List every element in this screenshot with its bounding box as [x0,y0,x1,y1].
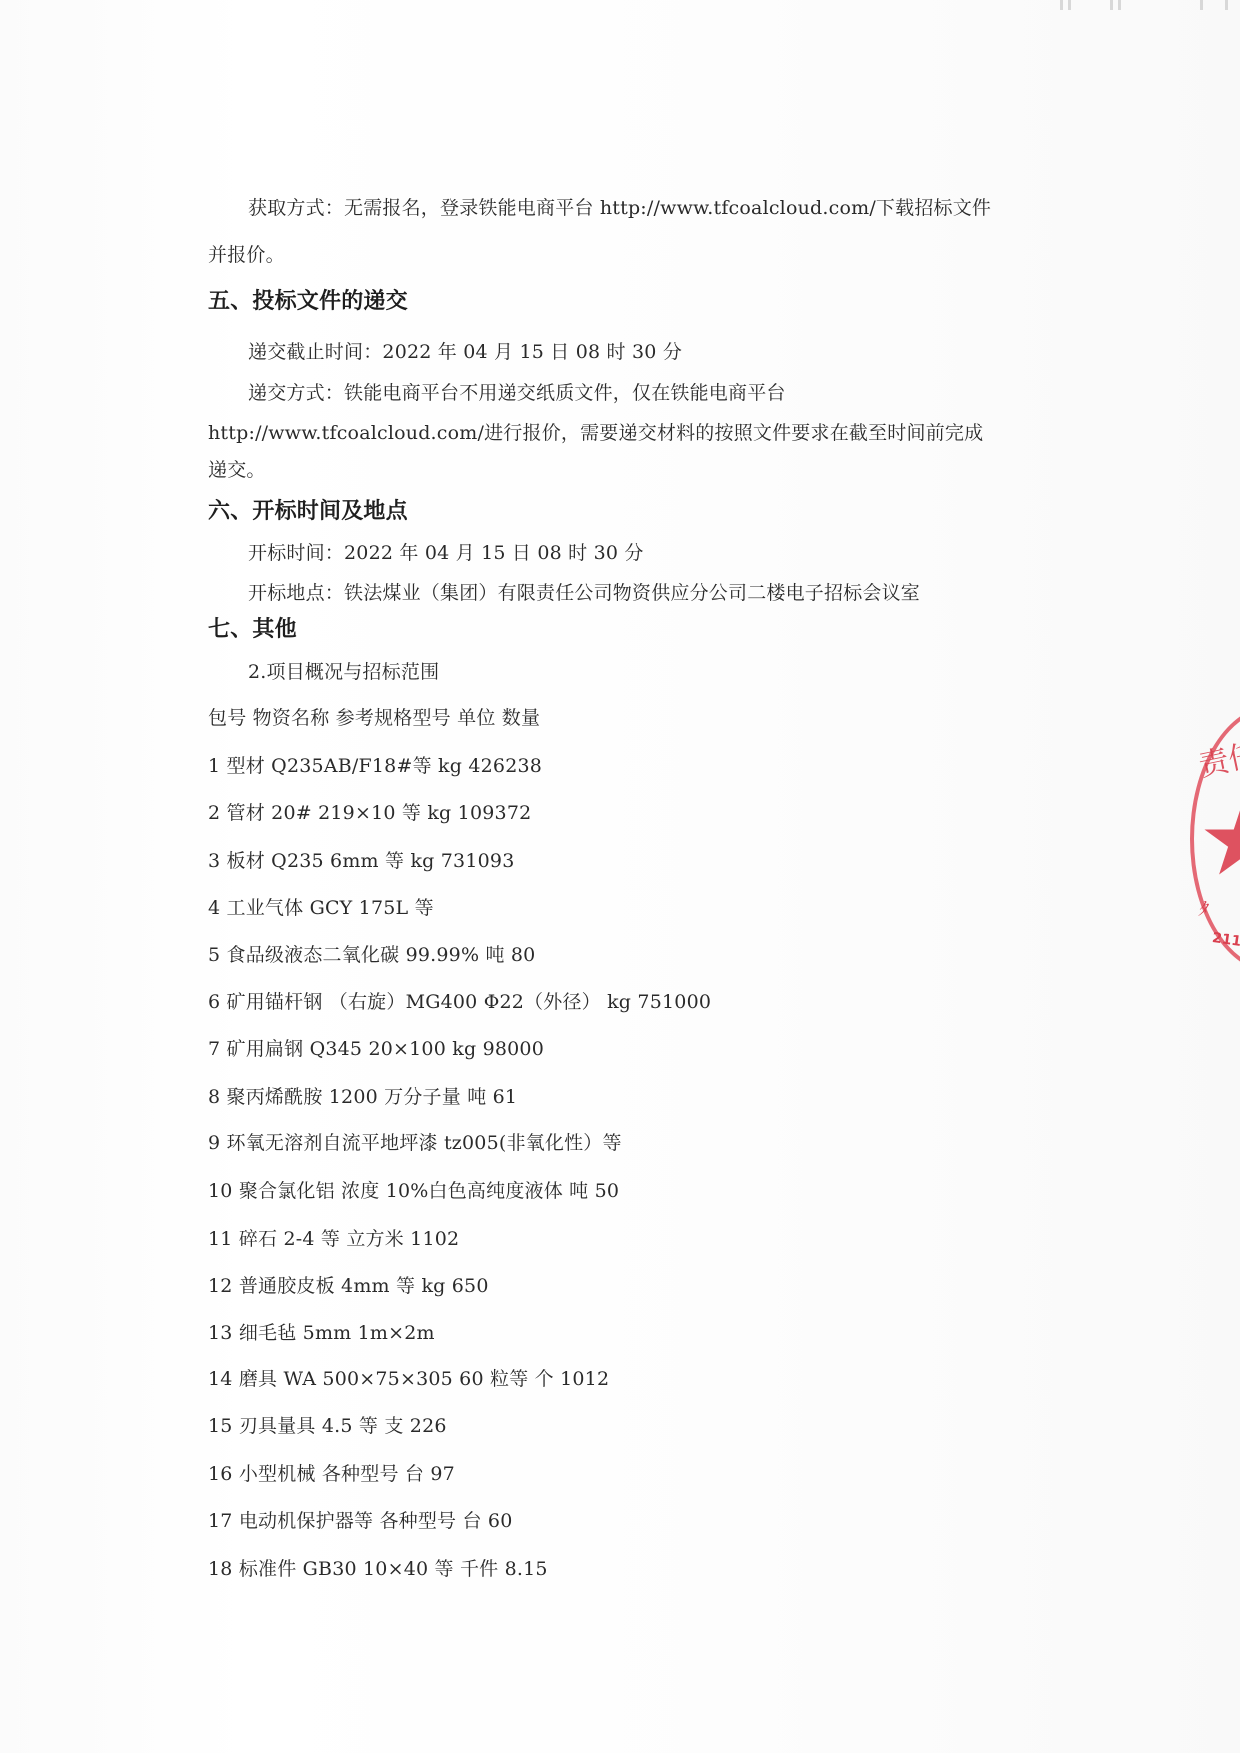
list-item: 9 环氧无溶剂自流平地坪漆 tz005(非氧化性）等 [208,1131,622,1155]
list-item: 2 管材 20# 219×10 等 kg 109372 [208,801,531,825]
stamp-text: 责任 [1194,729,1240,785]
submission-method-line-3: 递交。 [208,458,266,482]
section-5-heading: 五、投标文件的递交 [208,290,408,314]
submission-deadline: 递交截止时间：2022 年 04 月 15 日 08 时 30 分 [248,340,682,364]
acquisition-method-line-2: 并报价。 [208,243,285,267]
list-item: 15 刃具量具 4.5 等 支 226 [208,1414,447,1438]
bid-opening-time: 开标时间：2022 年 04 月 15 日 08 时 30 分 [248,541,644,565]
section-7-heading: 七、其他 [208,618,297,642]
list-item: 13 细毛毡 5mm 1m×2m [208,1321,435,1345]
list-item: 16 小型机械 各种型号 台 97 [208,1462,455,1486]
list-item: 12 普通胶皮板 4mm 等 kg 650 [208,1274,489,1298]
list-item: 10 聚合氯化铝 浓度 10%白色高纯度液体 吨 50 [208,1179,619,1203]
bid-opening-place: 开标地点：铁法煤业（集团）有限责任公司物资供应分公司二楼电子招标会议室 [248,581,920,605]
item-table-header: 包号 物资名称 参考规格型号 单位 数量 [208,706,540,730]
list-item: 18 标准件 GB30 10×40 等 千件 8.15 [208,1557,548,1581]
stamp-signature-mark: ﾀ [1198,895,1207,921]
list-item: 4 工业气体 GCY 175L 等 [208,896,434,920]
list-item: 6 矿用锚杆钢 （右旋）MG400 Φ22（外径） kg 751000 [208,990,711,1014]
section-6-heading: 六、开标时间及地点 [208,500,408,524]
list-item: 7 矿用扁钢 Q345 20×100 kg 98000 [208,1037,544,1061]
submission-method-line-2: http://www.tfcoalcloud.com/进行报价，需要递交材料的按… [208,421,983,445]
list-item: 5 食品级液态二氧化碳 99.99% 吨 80 [208,943,535,967]
list-item: 11 碎石 2-4 等 立方米 1102 [208,1227,459,1251]
stamp-number: 211 [1211,930,1240,950]
scan-artifact-marks [1050,0,1240,12]
star-icon: ★ [1198,790,1240,890]
list-item: 1 型材 Q235AB/F18#等 kg 426238 [208,754,542,778]
list-item: 17 电动机保护器等 各种型号 台 60 [208,1509,513,1533]
list-item: 8 聚丙烯酰胺 1200 万分子量 吨 61 [208,1085,517,1109]
acquisition-method-line-1: 获取方式：无需报名，登录铁能电商平台 http://www.tfcoalclou… [248,196,991,220]
list-item: 14 磨具 WA 500×75×305 60 粒等 个 1012 [208,1367,609,1391]
project-overview-subheading: 2.项目概况与招标范围 [248,660,439,684]
list-item: 3 板材 Q235 6mm 等 kg 731093 [208,849,515,873]
submission-method-line-1: 递交方式：铁能电商平台不用递交纸质文件，仅在铁能电商平台 [248,381,786,405]
